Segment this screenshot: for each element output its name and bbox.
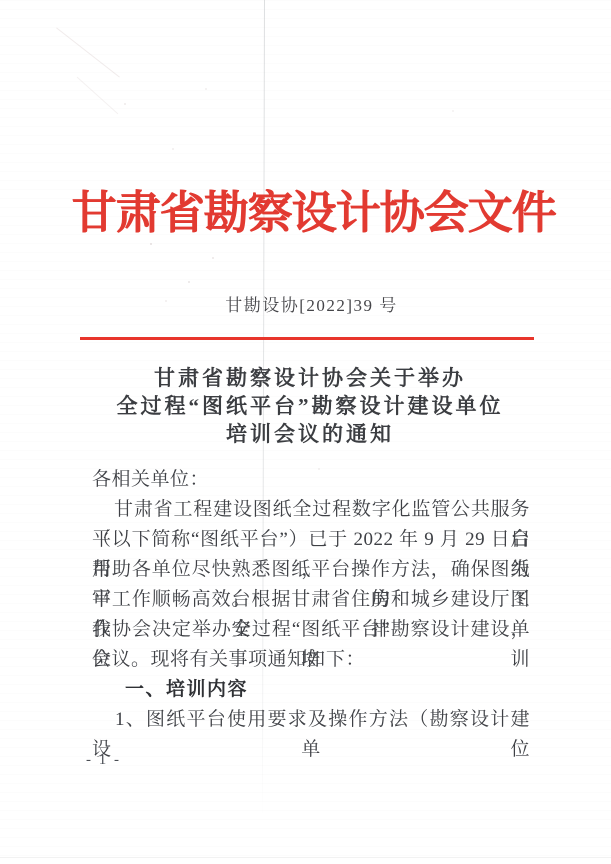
section-heading: 一、培训内容	[92, 675, 530, 705]
paragraph-line: 帮助各单位尽快熟悉图纸平台操作方法，确保图纸平台的图	[92, 555, 530, 585]
corner-crease	[77, 77, 119, 115]
scan-bottom-edge	[0, 857, 611, 858]
notice-title-line: 全过程“图纸平台”勘察设计建设单位	[35, 392, 585, 420]
scan-speckles	[0, 0, 2, 2]
notice-title: 甘肃省勘察设计协会关于举办 全过程“图纸平台”勘察设计建设单位 培训会议的通知	[35, 364, 585, 448]
page-number: - 1 -	[86, 750, 121, 770]
list-item-line: 1、图纸平台使用要求及操作方法（勘察设计建设单位	[92, 705, 530, 735]
notice-title-line: 培训会议的通知	[35, 420, 585, 448]
document-number: 甘勘设协[2022]39 号	[6, 294, 611, 318]
paragraph-line: （以下简称“图纸平台”）已于 2022 年 9 月 29 日启用，为	[92, 525, 530, 555]
notice-body: 各相关单位： 甘肃省工程建设图纸全过程数字化监管公共服务平台 （以下简称“图纸平…	[92, 465, 530, 735]
salutation: 各相关单位：	[92, 465, 530, 495]
scanned-document-page: 甘肃省勘察设计协会文件 甘勘设协[2022]39 号 甘肃省勘察设计协会关于举办…	[0, 0, 611, 864]
notice-title-line: 甘肃省勘察设计协会关于举办	[35, 364, 585, 392]
letterhead-title: 甘肃省勘察设计协会文件	[16, 183, 611, 243]
paragraph-line: 审工作顺畅高效。根据甘肃省住房和城乡建设厅工作安排，	[92, 585, 530, 615]
paragraph-line: 甘肃省工程建设图纸全过程数字化监管公共服务平台	[92, 495, 530, 525]
letterhead-red-rule	[80, 337, 534, 340]
paragraph-line: 我协会决定举办全过程“图纸平台”勘察设计建设单位培训	[92, 615, 530, 645]
corner-crease	[56, 27, 120, 77]
